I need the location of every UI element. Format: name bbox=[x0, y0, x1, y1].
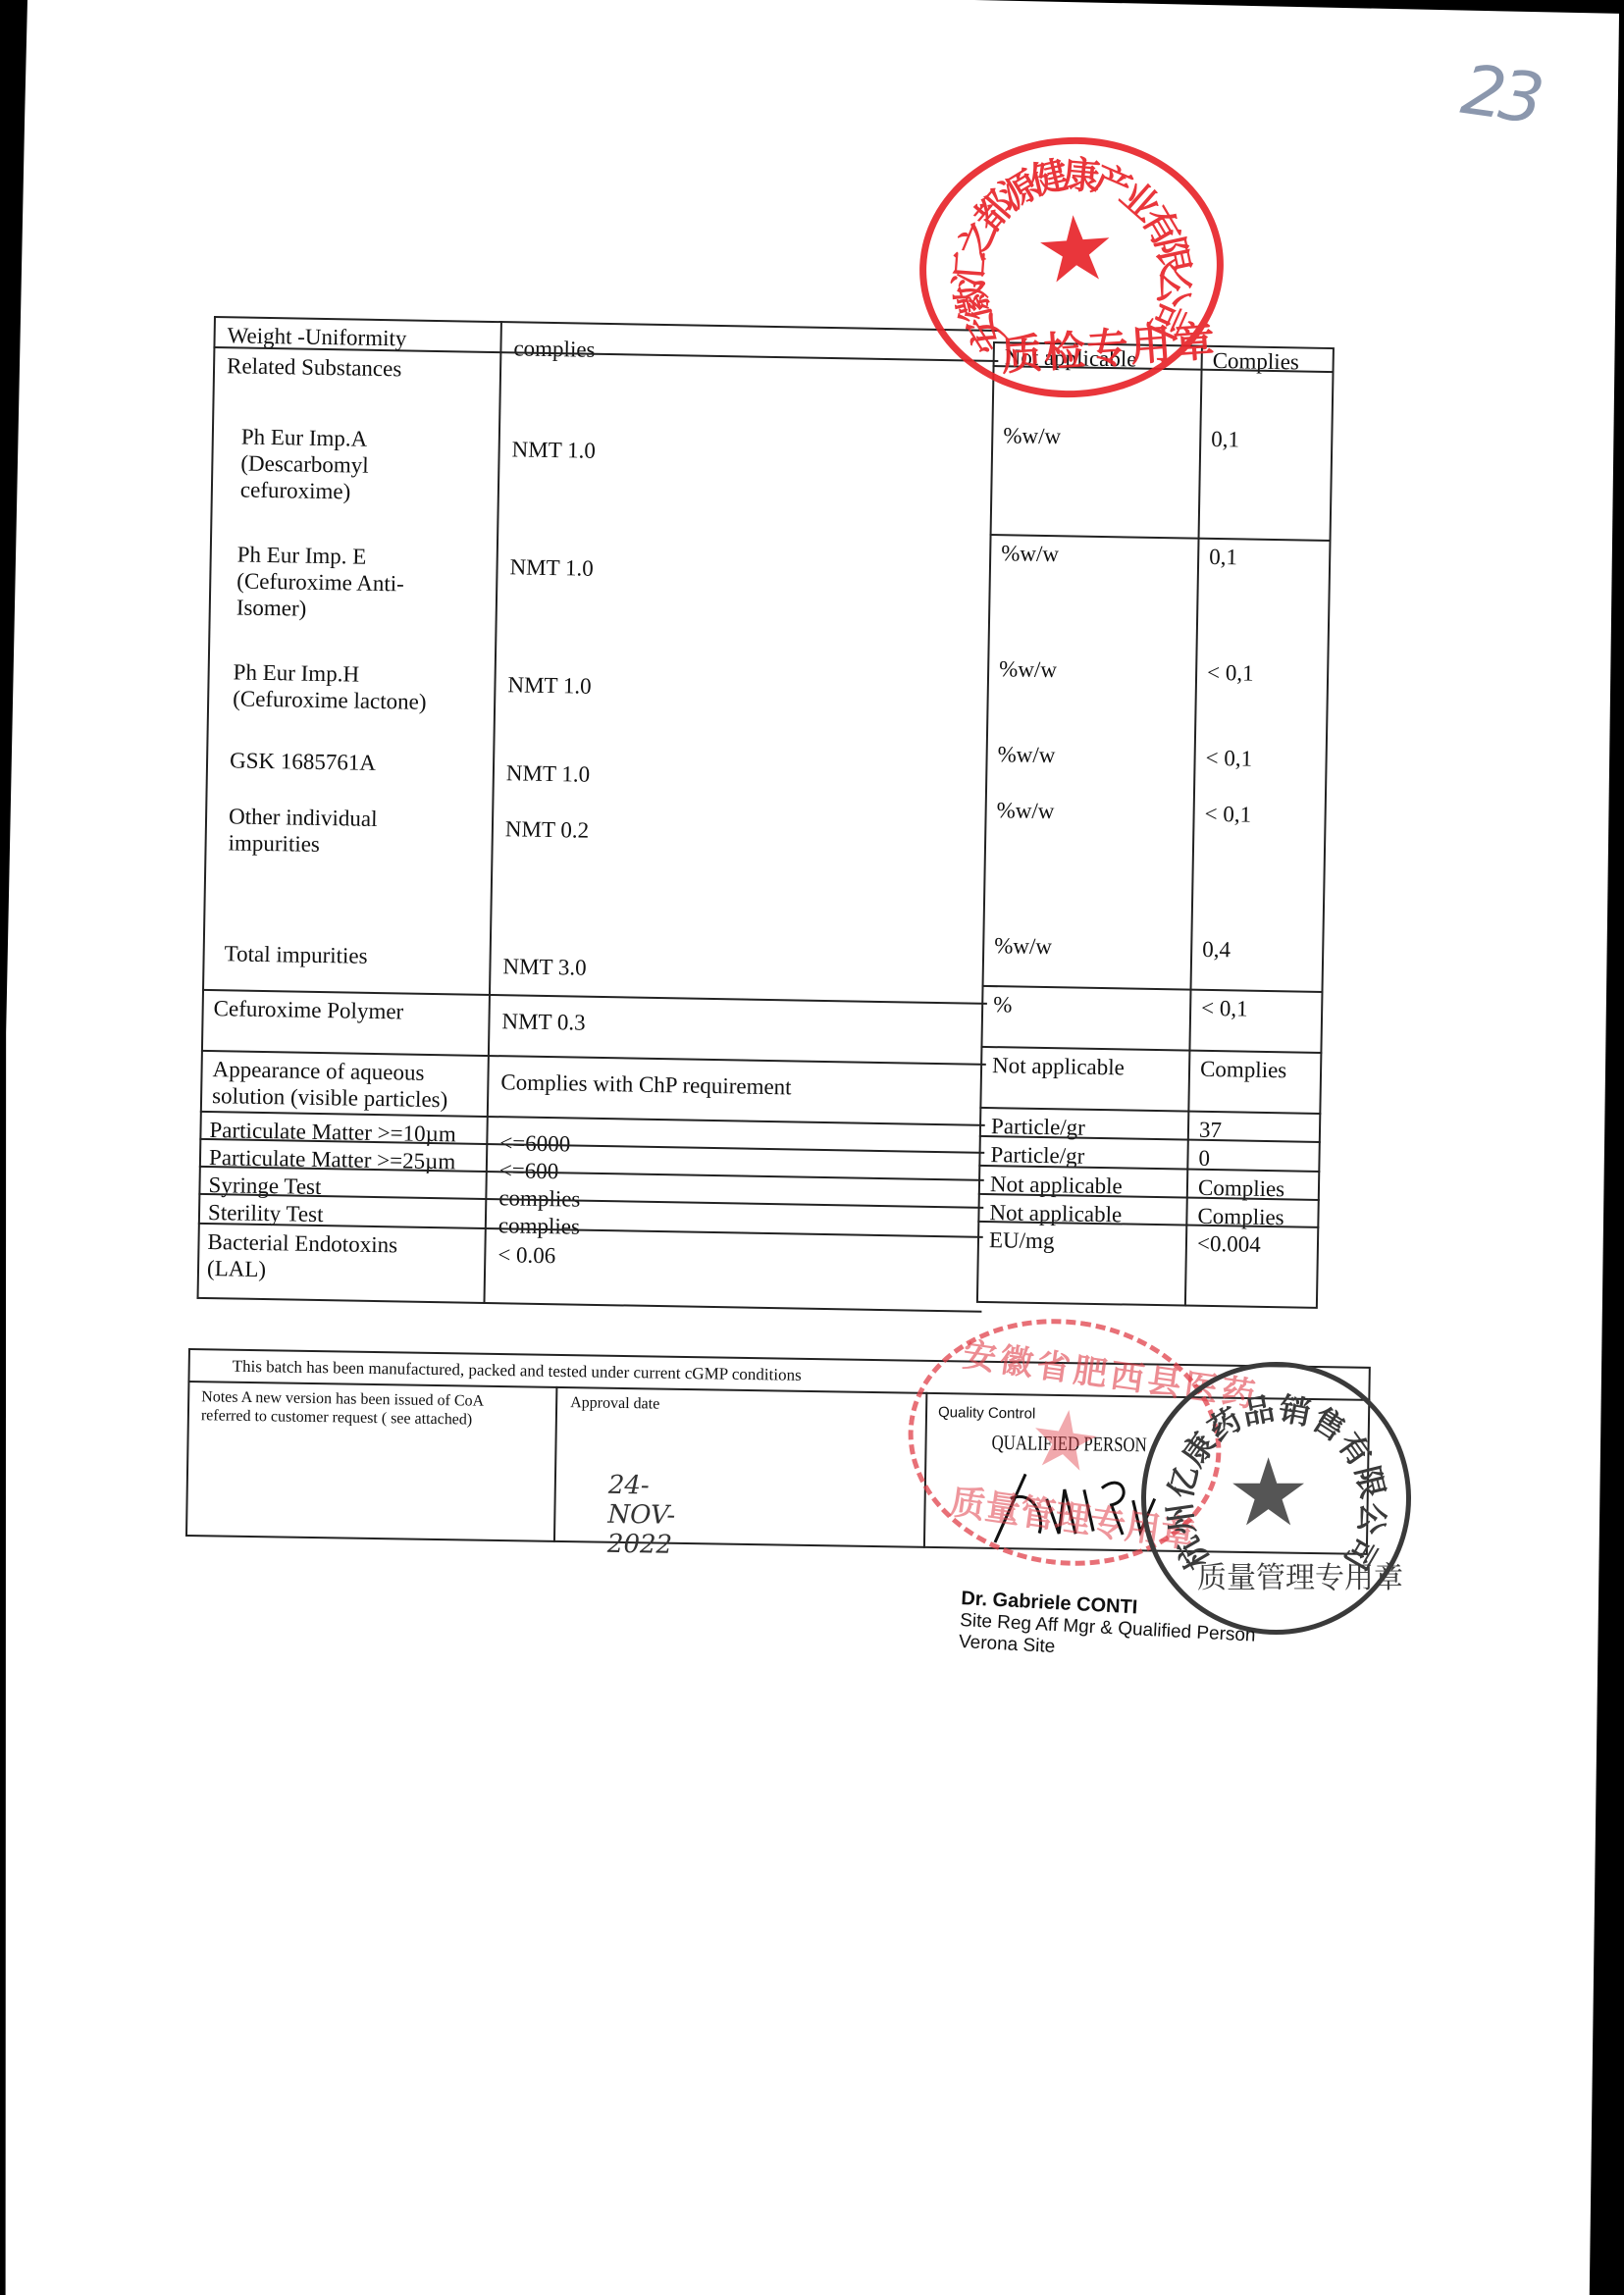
unit: EU/mg bbox=[989, 1226, 1185, 1256]
unit: %w/w bbox=[1003, 422, 1199, 451]
scan-border-top bbox=[0, 0, 1624, 14]
test-name: Ph Eur Imp.A (Descarbomyl cefuroxime) bbox=[240, 424, 516, 508]
star-icon: ★ bbox=[1227, 1447, 1310, 1540]
test-name: Ph Eur Imp. E (Cefuroxime Anti- Isomer) bbox=[236, 541, 512, 625]
test-name: Cefuroxime Polymer bbox=[213, 995, 488, 1026]
result: < 0,1 bbox=[1204, 801, 1322, 829]
star-icon: ★ bbox=[1032, 202, 1120, 298]
result: < 0,1 bbox=[1201, 995, 1319, 1023]
result: Complies bbox=[1200, 1056, 1318, 1084]
quality-management-stamp-grey: ★ 杭州亿康药品销售有限公司 质量管理专用章 bbox=[1141, 1362, 1411, 1635]
result: 0,4 bbox=[1202, 936, 1320, 965]
unit: %w/w bbox=[999, 655, 1195, 685]
stamp-bottom-text: 质量管理专用章 bbox=[1197, 1553, 1403, 1596]
approval-date-handwritten: 24-NOV-2022 bbox=[607, 1471, 676, 1560]
unit: Not applicable bbox=[992, 1052, 1188, 1081]
result: 0,1 bbox=[1211, 426, 1329, 454]
scan-border-left bbox=[0, 0, 27, 2295]
unit: % bbox=[993, 991, 1189, 1020]
unit: %w/w bbox=[994, 932, 1190, 962]
scan-border-right bbox=[1585, 0, 1624, 2295]
notes-text: Notes A new version has been issued of C… bbox=[201, 1387, 526, 1430]
result: < 0,1 bbox=[1207, 659, 1325, 688]
test-name: Related Substances bbox=[227, 352, 501, 384]
test-name: Ph Eur Imp.H (Cefuroxime lactone) bbox=[233, 658, 508, 716]
test-name: Other individual impurities bbox=[228, 803, 503, 861]
unit: %w/w bbox=[997, 741, 1193, 770]
test-name: Total impurities bbox=[224, 940, 498, 971]
unit: %w/w bbox=[1001, 540, 1197, 569]
test-name: GSK 1685761A bbox=[230, 747, 504, 778]
test-name: Appearance of aqueous solution (visible … bbox=[212, 1056, 488, 1114]
result: 0,1 bbox=[1209, 544, 1327, 572]
handwritten-page-number: 23 bbox=[1457, 49, 1544, 139]
result: <0.004 bbox=[1197, 1230, 1315, 1259]
unit: %w/w bbox=[996, 797, 1192, 826]
result: < 0,1 bbox=[1205, 745, 1323, 773]
star-icon: ★ bbox=[1023, 1396, 1106, 1486]
test-name: Bacterial Endotoxins (LAL) bbox=[207, 1228, 483, 1286]
